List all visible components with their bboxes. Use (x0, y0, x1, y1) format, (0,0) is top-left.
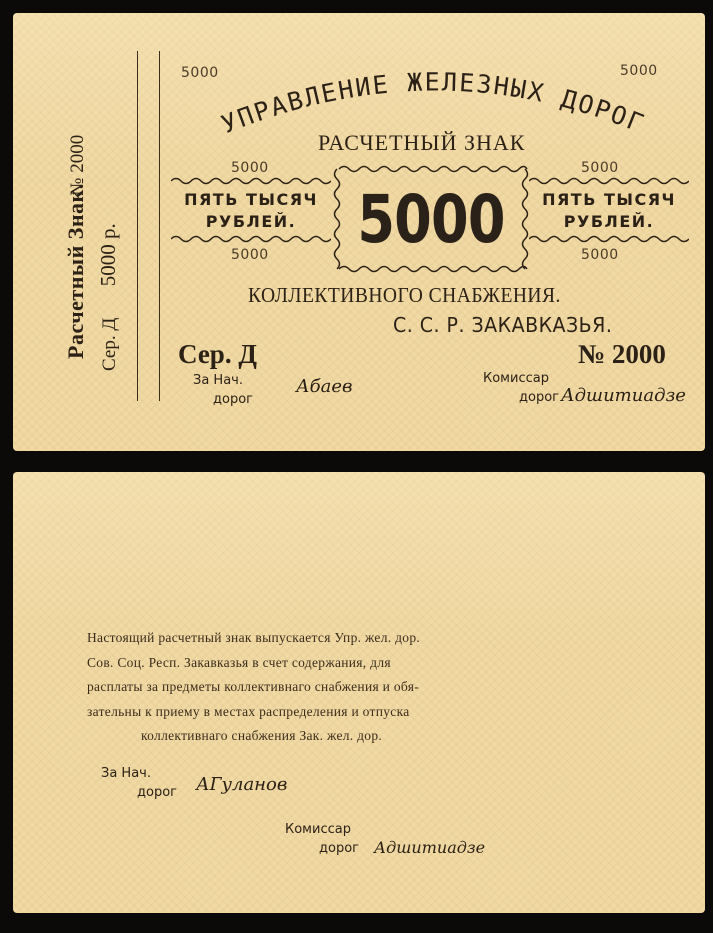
back-text-line: Сов. Соц. Респ. Закавказья в счет содерж… (71, 651, 511, 676)
stub-divider-line-2 (159, 51, 160, 401)
left-denomination-panel: ПЯТЬ ТЫСЯЧ РУБЛЕЙ. (171, 173, 331, 245)
back-text-line: расплаты за предметы коллективнаго снабж… (71, 675, 511, 700)
right-signatory-label-line-2: дорог (483, 388, 559, 407)
left-signatory-label-line-2: дорог (193, 390, 253, 409)
back-left-signatory-label-line-2: дорог (101, 783, 177, 802)
back-text-line: зательны к приему в местах распределения… (71, 700, 511, 725)
center-value-box: 5000 (331, 163, 531, 275)
back-left-signatory-label-line-1: За Нач. (101, 764, 177, 783)
left-panel-bottom-number: 5000 (231, 247, 269, 263)
left-signature: Абаев (296, 376, 352, 397)
left-signatory-label: За Нач. дорог (193, 371, 253, 409)
right-signature: Адшитиадзе (561, 385, 686, 406)
svg-text:УПРАВЛЕНИЕ ЖЕЛЕЗНЫХ ДОРОГ: УПРАВЛЕНИЕ ЖЕЛЕЗНЫХ ДОРОГ (217, 67, 649, 139)
stub-details: Сер. Д 5000 р. № 2000 (96, 135, 121, 371)
back-right-signatory-label-line-1: Комиссар (285, 820, 359, 839)
stub-value: 5000 р. (96, 223, 121, 286)
ssr-transcaucasia-line: С. С. Р. ЗАКАВКАЗЬЯ. (393, 313, 612, 337)
back-left-signature: АГуланов (196, 774, 287, 795)
back-text-line: коллективнаго снабжения Зак. жел. дор. (71, 724, 511, 749)
stub-number: № 2000 (67, 135, 89, 196)
right-panel-bottom-number: 5000 (581, 247, 619, 263)
collective-supply-line: КОЛЛЕКТИВНОГО СНАБЖЕНИЯ. (248, 283, 561, 308)
right-denomination-panel: ПЯТЬ ТЫСЯЧ РУБЛЕЙ. (529, 173, 689, 245)
right-signatory-label-line-1: Комиссар (483, 369, 559, 388)
right-panel-line-2: РУБЛЕЙ. (529, 211, 689, 232)
back-right-signature: Адшитиадзе (374, 838, 485, 857)
banknote-front: Расчетный Знак. Сер. Д 5000 р. № 2000 50… (13, 13, 705, 451)
back-right-signatory-label-line-2: дорог (283, 839, 359, 858)
left-panel-line-2: РУБЛЕЙ. (171, 211, 331, 232)
stub-series: Сер. Д (99, 318, 121, 371)
right-signatory-label: Комиссар дорог (483, 369, 559, 407)
series-label: Сер. Д (178, 339, 257, 370)
stub-divider-line-1 (137, 51, 138, 401)
serial-number: № 2000 (578, 339, 666, 370)
arched-title-text: УПРАВЛЕНИЕ ЖЕЛЕЗНЫХ ДОРОГ (217, 67, 649, 139)
back-left-signatory-label: За Нач. дорог (101, 764, 177, 802)
left-signatory-label-line-1: За Нач. (193, 371, 253, 390)
back-right-signatory-label: Комиссар дорог (285, 820, 359, 858)
right-panel-line-1: ПЯТЬ ТЫСЯЧ (529, 189, 689, 210)
note-subtitle: РАСЧЕТНЫЙ ЗНАК (318, 130, 525, 156)
back-text-block: Настоящий расчетный знак выпускается Упр… (71, 626, 511, 749)
back-text-line: Настоящий расчетный знак выпускается Упр… (71, 626, 511, 651)
left-panel-line-1: ПЯТЬ ТЫСЯЧ (171, 189, 331, 210)
center-denomination: 5000 (349, 181, 513, 258)
stub-title: Расчетный Знак. (63, 183, 89, 359)
